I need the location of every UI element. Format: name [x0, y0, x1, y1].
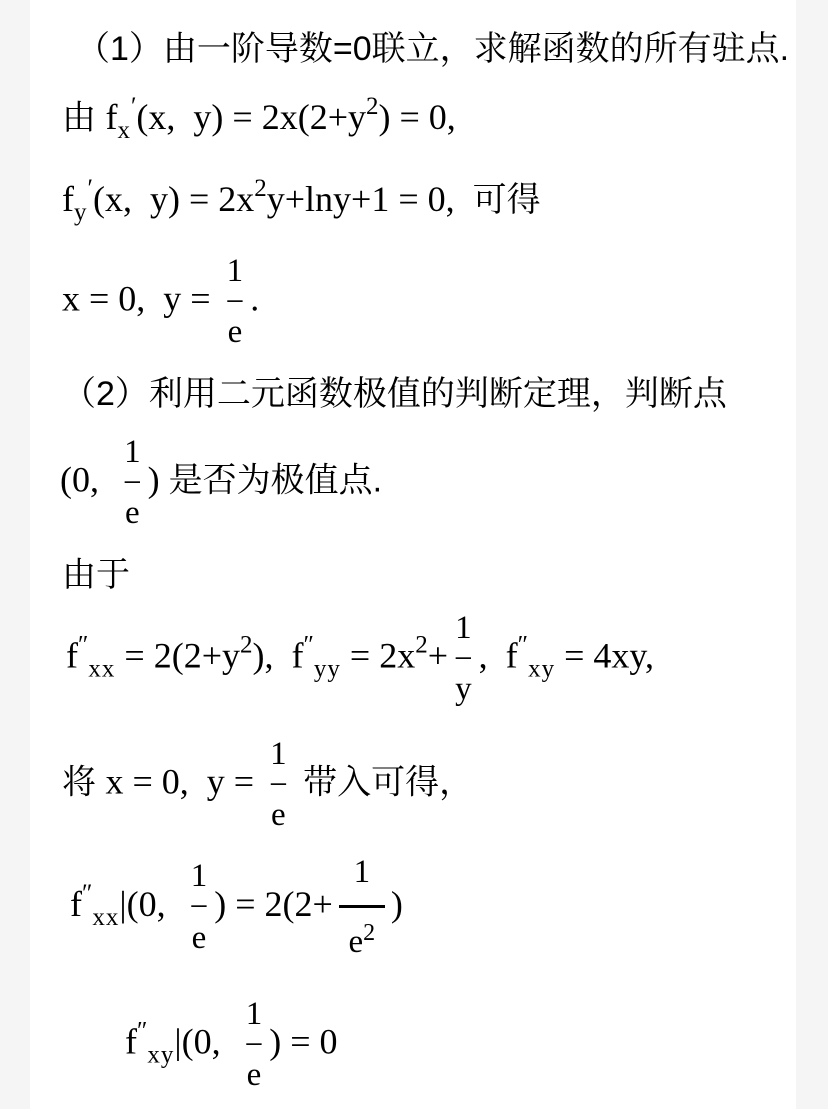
math-text: (x, y) = 2x(2+y: [136, 97, 366, 137]
math-text: |(0,: [174, 1021, 238, 1061]
fraction-bar: −: [245, 1036, 264, 1054]
math-text: ) = 0: [269, 1021, 337, 1061]
math-text: ) = 2(2+: [214, 884, 333, 924]
subscript: yy: [314, 655, 341, 682]
chinese-text: 是否为极值点.: [169, 461, 382, 499]
math-solution-document: （1）由一阶导数=0联立，求解函数的所有驻点.由 fx′(x, y) = 2x(…: [0, 0, 828, 1109]
eq-second-derivatives: f″xx = 2(2+y2), f″yy = 2x2+1−y, f″xy = 4…: [66, 612, 654, 706]
fraction-denominator: e: [192, 917, 207, 955]
fraction-bar: −: [123, 474, 142, 492]
fraction-bar: [339, 905, 385, 908]
eq-substitute: 将 x = 0, y = 1−e 带入可得，: [62, 738, 473, 832]
math-text: ): [148, 459, 169, 499]
chinese-text: 可得: [473, 181, 541, 219]
superscript: 2: [254, 175, 267, 202]
chinese-text: 带入可得，: [294, 763, 473, 801]
eq-point-check: (0, 1−e) 是否为极值点.: [60, 436, 382, 530]
math-text: ): [391, 884, 403, 924]
eq-fxy-value: f″xy|(0, 1−e) = 0: [125, 998, 338, 1092]
fraction-bar: −: [190, 898, 209, 916]
math-text: f: [105, 97, 117, 137]
superscript: ″: [518, 631, 528, 658]
eq-fxx-value: f″xx|(0, 1−e) = 2(2+1e2): [70, 856, 403, 959]
superscript: ″: [304, 631, 314, 658]
fraction: 1−e: [226, 255, 245, 349]
math-text: (0,: [60, 459, 117, 499]
math-text: |(0,: [119, 884, 183, 924]
fraction: 1e2: [339, 856, 385, 959]
fraction-denominator: e2: [349, 916, 376, 959]
fraction: 1−e: [269, 738, 288, 832]
superscript: 2: [240, 631, 253, 658]
math-text: , f: [479, 635, 518, 675]
superscript: 2: [366, 93, 379, 120]
eq-fy-prime: fy′(x, y) = 2x2y+lny+1 = 0, 可得: [62, 175, 541, 228]
math-text: y+lny+1 = 0,: [267, 179, 473, 219]
fraction: 1−e: [123, 436, 142, 530]
math-text: = 4xy,: [555, 635, 654, 675]
chinese-text: 由于: [62, 556, 130, 594]
fraction: 1−e: [190, 860, 209, 954]
fraction: 1−e: [245, 998, 264, 1092]
fraction-denominator: e: [247, 1054, 262, 1092]
superscript: ″: [78, 631, 88, 658]
fraction-denominator: y: [455, 668, 472, 706]
fraction-bar: −: [454, 650, 473, 668]
eq-stationary-point: x = 0, y = 1−e.: [62, 255, 259, 349]
part2-heading: （2）利用二元函数极值的判断定理，判断点: [62, 373, 727, 414]
chinese-text: （1）由一阶导数=0联立，求解函数的所有驻点.: [76, 30, 789, 68]
fraction-bar: −: [226, 293, 245, 311]
math-text: +: [428, 635, 448, 675]
math-text: f: [62, 179, 74, 219]
math-text: = 2(2+y: [115, 635, 240, 675]
denominator-superscript: 2: [363, 920, 375, 946]
superscript: 2: [415, 631, 428, 658]
math-text: x = 0, y =: [105, 761, 263, 801]
subscript: y: [74, 199, 88, 226]
chinese-text: （2）利用二元函数极值的判断定理，判断点: [62, 375, 727, 413]
part1-heading: （1）由一阶导数=0联立，求解函数的所有驻点.: [76, 28, 789, 69]
fraction-bar: −: [269, 776, 288, 794]
chinese-text: 由: [62, 99, 105, 137]
text-because: 由于: [62, 554, 130, 595]
subscript: xy: [147, 1041, 174, 1068]
eq-fx-prime: 由 fx′(x, y) = 2x(2+y2) = 0,: [62, 93, 474, 146]
fraction-denominator: e: [228, 311, 243, 349]
math-text: ), f: [253, 635, 304, 675]
subscript: xy: [528, 655, 555, 682]
fraction-denominator: e: [271, 794, 286, 832]
math-text: .: [250, 278, 259, 318]
chinese-text: 将: [62, 763, 105, 801]
superscript: ″: [137, 1017, 147, 1044]
fraction-numerator: 1: [354, 856, 371, 894]
fraction: 1−y: [454, 612, 473, 706]
math-text: x = 0, y =: [62, 278, 220, 318]
math-text: f: [125, 1021, 137, 1061]
math-text: (x, y) = 2x: [93, 179, 254, 219]
math-text: f: [66, 635, 78, 675]
fraction-denominator: e: [125, 492, 140, 530]
superscript: ″: [82, 880, 92, 907]
subscript: xx: [88, 655, 115, 682]
subscript: xx: [92, 904, 119, 931]
math-text: f: [70, 884, 82, 924]
math-text: = 2x: [341, 635, 415, 675]
math-text: ) = 0,: [379, 97, 474, 137]
subscript: x: [117, 117, 131, 144]
